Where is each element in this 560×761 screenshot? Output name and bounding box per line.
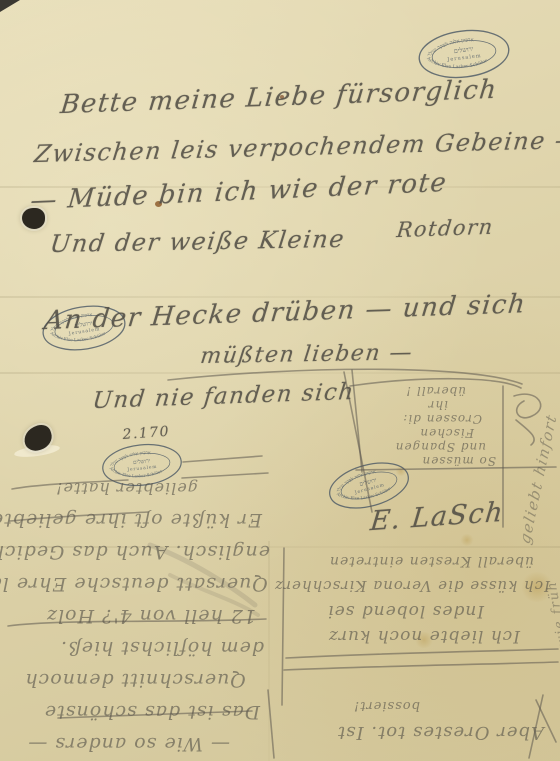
stamp-city-hebrew: ירושלים: [133, 457, 151, 466]
draft-line: So müssen: [362, 454, 500, 468]
verso-line: Ich liebte noch kurz: [288, 623, 554, 648]
verso-line: Das ist das schönste: [8, 696, 270, 728]
poem-line-3: — Müde bin ich wie der rote: [29, 168, 449, 216]
draft-line: überall !: [362, 384, 500, 398]
draft-line: Crossen di:: [362, 412, 500, 426]
verso-line: Er küßte oft ihre geliebte: [8, 504, 270, 536]
age-stain: [460, 534, 474, 546]
poem-line-6: müßten lieben —: [199, 340, 415, 369]
stamp-city-latin: Jerusalem: [446, 53, 482, 63]
draft-line: ihr: [362, 398, 500, 412]
poem-line-5: An der Hecke drüben — und sich: [43, 289, 528, 336]
torn-corner: [0, 0, 20, 12]
verso-line: Ich küsse die Verona Kirschherz: [288, 573, 554, 598]
poem-line-4: Und der weiße Kleine: [49, 225, 347, 258]
verso-line: Quersatt deutsche Ehre lag: [8, 568, 270, 600]
draft-line: und Spangen: [362, 440, 500, 454]
verso-line: Indes lobend sei: [288, 598, 554, 623]
verso-right-footer: Aber Orestes tot. Ist bossiert!: [300, 688, 550, 746]
verso-line: Querschnitt dennoch: [8, 664, 270, 696]
poem-word-rotdorn: Rotdorn: [395, 215, 495, 242]
boxed-draft-block: So müssen und Spangen Fischen Crossen di…: [362, 384, 500, 468]
verso-line: 12 hell von 4'? Holz: [8, 600, 270, 632]
poem-line-2: Zwischen leis verpochendem Gebeine —: [33, 126, 560, 168]
poem-line-7: Und nie fanden sich: [91, 379, 356, 414]
verso-line: Aber Orestes tot. Ist: [300, 719, 550, 746]
draft-line: Fischen: [362, 426, 500, 440]
verso-line: geliebter hatte!: [8, 472, 270, 504]
margin-note-vertical: geliebt hinfort: [516, 411, 560, 546]
verso-line: bossiert!: [300, 692, 550, 719]
manuscript-page: ארכיון אלזה לסקר שילר ירושלים Jerusalem …: [0, 0, 560, 761]
verso-line: englisch. Auch das Gedicht: [8, 536, 270, 568]
verso-line: — Wie so anders —: [8, 728, 270, 760]
archive-number: 2.170: [122, 424, 171, 443]
poem-line-1: Bette meine Liebe fürsorglich: [59, 75, 499, 120]
verso-left-block: — Wie so anders — Das ist das schönste Q…: [8, 468, 270, 760]
verso-line: dem höflichst hieß.: [8, 632, 270, 664]
fold-crease: [0, 372, 560, 374]
verso-line: überall Kresten eintreten: [288, 548, 554, 573]
verso-right-block: Ich liebte noch kurz Indes lobend sei Ic…: [288, 548, 554, 648]
